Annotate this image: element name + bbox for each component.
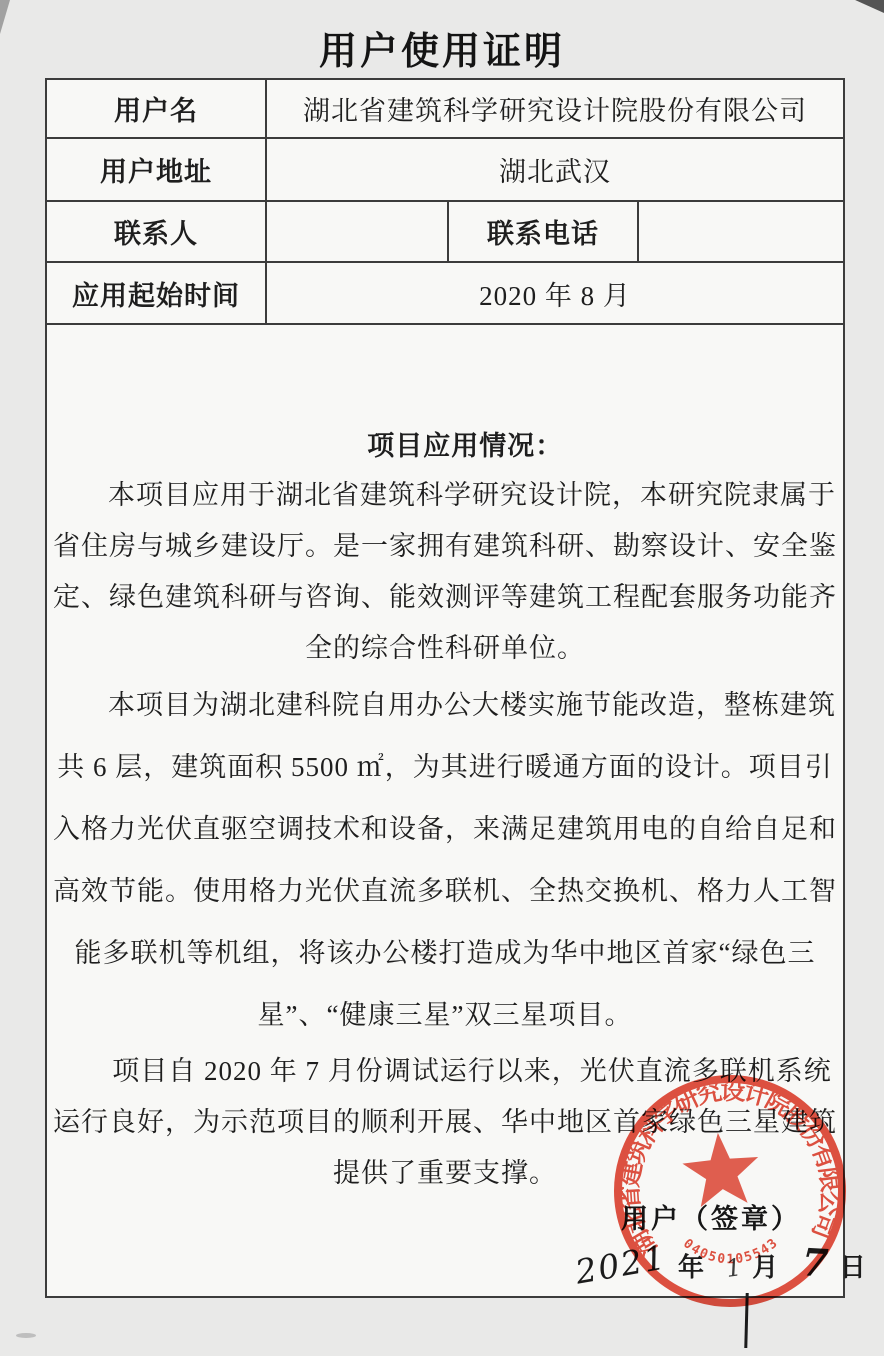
- table-row: 应用起始时间 2020 年 8 月: [46, 262, 844, 324]
- svg-text:04050105543: 04050105543: [679, 1229, 782, 1272]
- field-value-user-address: 湖北武汉: [266, 138, 844, 201]
- field-value-contact-phone: [638, 201, 844, 262]
- field-label-user-address: 用户地址: [46, 138, 266, 201]
- seal-serial-text: 04050105543: [679, 1229, 782, 1272]
- section-heading: 项目应用情况：: [47, 422, 843, 470]
- field-value-user-name: 湖北省建筑科学研究设计院股份有限公司: [266, 79, 844, 138]
- certificate-page: 用户使用证明 用户名 湖北省建筑科学研究设计院股份有限公司 用户地址 湖北武汉 …: [0, 0, 884, 1356]
- company-seal: 湖北省建筑科学研究设计院股份有限公司 04050105543: [589, 1050, 871, 1332]
- seal-graphic: 湖北省建筑科学研究设计院股份有限公司 04050105543: [589, 1050, 871, 1332]
- field-label-contact-person: 联系人: [46, 201, 266, 262]
- paragraph: 本项目应用于湖北省建筑科学研究设计院，本研究院隶属于省住房与城乡建设厅。是一家拥…: [47, 470, 843, 674]
- paragraph: 本项目为湖北建科院自用办公大楼实施节能改造，整栋建筑共 6 层，建筑面积 550…: [47, 674, 843, 1046]
- red-star-icon: [680, 1130, 762, 1209]
- field-value-contact-person: [266, 201, 448, 262]
- table-row: 用户名 湖北省建筑科学研究设计院股份有限公司: [46, 79, 844, 138]
- field-value-start-date: 2020 年 8 月: [266, 262, 844, 324]
- field-label-start-date: 应用起始时间: [46, 262, 266, 324]
- page-title: 用户使用证明: [0, 20, 884, 75]
- table-row: 用户地址 湖北武汉: [46, 138, 844, 201]
- scan-artifact-top-right: [850, 0, 884, 13]
- scan-artifact-bottom-left: [16, 1333, 36, 1338]
- field-label-user-name: 用户名: [46, 79, 266, 138]
- table-row: 联系人 联系电话: [46, 201, 844, 262]
- field-label-contact-phone: 联系电话: [448, 201, 638, 262]
